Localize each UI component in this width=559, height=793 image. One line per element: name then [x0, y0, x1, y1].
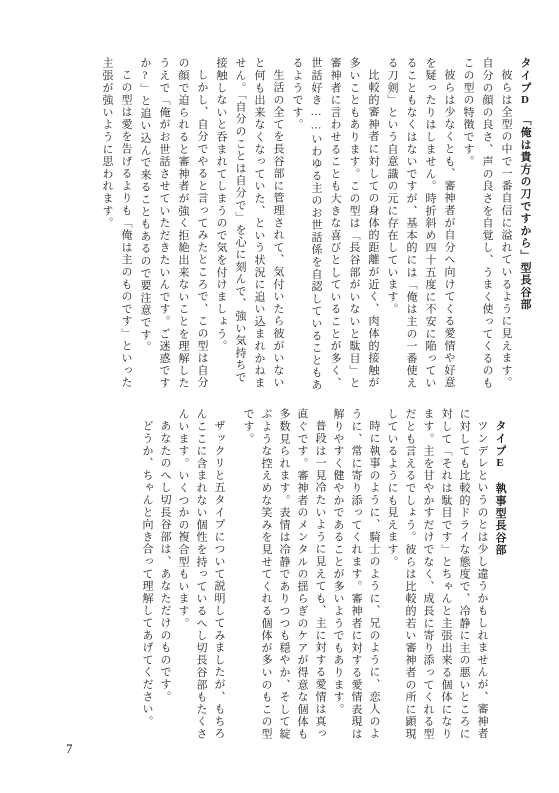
text-column: 審神者に言わせることも大きな喜びとしていることが多く、: [329, 57, 341, 393]
text-column: 多いこともあります。この型は「長谷部がいないと駄目」と: [348, 57, 360, 393]
text-column: るようです。: [291, 57, 303, 393]
text-column: しかし、自分でやると言ってみたところで、この型は自分: [196, 57, 208, 393]
text-column: んここに含まれない個性を持っているへし切長谷部もたくさ: [195, 408, 207, 744]
text-column: しているようにも見えます。: [386, 408, 398, 744]
text-column: うえで「俺がお世話させていただきたいんです。ご迷惑です: [158, 57, 170, 393]
text-column: る刀剣」という自意識の元に存在しています。: [386, 57, 398, 393]
text-column: 比較的審神者に対しての身体的距離が近く、肉体的接触が: [367, 57, 379, 393]
text-column: に対しても比較的ドライな態度で、冷静に主の悪いところに: [458, 408, 470, 744]
text-column: ることもなくはないですが、基本的には「俺は主の一番使え: [405, 57, 417, 393]
text-column: 主張が強いように思われます。: [101, 57, 113, 393]
text-column: 解りやすく健やかであることが多いようでもあります。: [332, 408, 344, 744]
text-column: ぶような控えめな笑みを見せてくれる個体が多いのもこの型: [260, 408, 272, 744]
text-column: せん。「自分のことは自分で」を心に刻んで、強い気持ちで: [234, 57, 246, 393]
text-column: ます。主を甘やかすだけでなく、成長に寄り添ってくれる型: [422, 408, 434, 744]
text-column: 自分の顔の良さ、声の良さを自覚し、うまく使ってくるのも: [481, 57, 493, 393]
text-column: 世話好き……いわゆる主のお世話係を自認していることもあ: [310, 57, 322, 393]
text-column: の顔で迫られると審神者が強く拒絶出来ないことを理解した: [177, 57, 189, 393]
text-column: を疑ったりはしません。時折斜め四十五度に不安に陥ってい: [424, 57, 436, 393]
text-column: この型の特徴です。: [462, 57, 474, 393]
text-column: か?」と追い込んで来ることもあるので要注意です。: [139, 57, 151, 393]
text-column: 多数見られます。表情は冷静でありつつも穏やか、そして綻: [278, 408, 290, 744]
text-column: んいます。いくつかの複合型もいます。: [177, 408, 189, 744]
text-column: うに、常に寄り添ってくれます。審神者に対する愛情表現は: [350, 408, 362, 744]
section-type-e-title: タイプE 執事型長谷部: [494, 408, 506, 744]
text-column: どうか、ちゃんと向き合って理解してあげてください。: [141, 408, 153, 744]
page-number: 7: [66, 741, 73, 757]
text-column: あなたのへし切長谷部は、あなただけのものです。: [159, 408, 171, 744]
text-column: 直ぐです。審神者のメンタルの揺らぎのケアが得意な個体も: [296, 408, 308, 744]
text-column: と何も出来なくなっていた、という状況に追い込まれかねま: [253, 57, 265, 393]
text-column: 時に執事のように、騎士のように、兄のように、恋人のよ: [368, 408, 380, 744]
section-type-d-title: タイプD 「俺は貴方の刀ですから」型長谷部: [519, 57, 531, 393]
text-column: ツンデレというのとは少し違うかもしれませんが、審神者: [476, 408, 488, 744]
page: タイプD 「俺は貴方の刀ですから」型長谷部 彼らは全型の中で一番自信に溢れている…: [0, 0, 559, 793]
text-column: 生活の全てを長谷部に管理されて、気付いたら彼がいない: [272, 57, 284, 393]
text-column: 対して「それは駄目です」とちゃんと主張出来る個体になり: [440, 408, 452, 744]
text-column: 彼らは全型の中で一番自信に溢れているように見えます。: [500, 57, 512, 393]
section-type-d: タイプD 「俺は貴方の刀ですから」型長谷部 彼らは全型の中で一番自信に溢れている…: [101, 57, 531, 393]
section-type-e: タイプE 執事型長谷部 ツンデレというのとは少し違うかもしれませんが、審神者 に…: [141, 408, 506, 744]
text-column: です。: [242, 408, 254, 744]
text-column: 彼らは少なくとも、審神者が自分へ向けてくる愛情や好意: [443, 57, 455, 393]
text-column: ザックリと五タイプについて説明してみましたが、もちろ: [213, 408, 225, 744]
text-column: だとも言えるでしょう。彼らは比較的若い審神者の所に顕現: [404, 408, 416, 744]
text-column: 接触しないと呑まれてしまうので気を付けましょう。: [215, 57, 227, 393]
text-column: 普段は一見冷たいように見えても、主に対する愛情は真っ: [314, 408, 326, 744]
text-column: この型は愛を告げるよりも「俺は主のものです」といった: [120, 57, 132, 393]
